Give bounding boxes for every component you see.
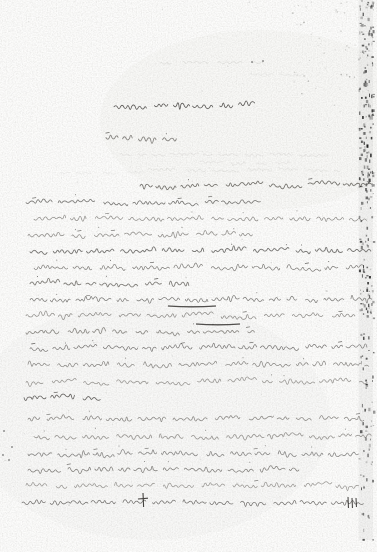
- edge-band-speck: [365, 51, 367, 52]
- edge-band-speck: [372, 376, 373, 379]
- edge-band-speck: [365, 241, 366, 243]
- edge-band-speck: [366, 137, 367, 139]
- paper-speck: [85, 268, 87, 270]
- paper-speck: [341, 190, 342, 191]
- paper-speck: [152, 81, 153, 82]
- paper-speck: [264, 315, 265, 316]
- paper-speck: [265, 90, 266, 91]
- handwriting-layer: [0, 0, 377, 552]
- edge-band-speck: [365, 97, 367, 99]
- edge-band-speck: [363, 265, 364, 268]
- edge-band-speck: [367, 454, 369, 458]
- edge-band-speck: [361, 487, 362, 490]
- paper-speck: [27, 202, 28, 203]
- edge-band-speck: [372, 109, 374, 112]
- edge-band-speck: [366, 190, 367, 192]
- paper-speck: [13, 486, 14, 487]
- edge-band-speck: [372, 171, 373, 174]
- edge-band-speck: [361, 154, 363, 156]
- paper-speck: [334, 49, 336, 51]
- edge-band-speck: [362, 116, 364, 119]
- dark-speck: [262, 60, 264, 62]
- edge-band-speck: [363, 367, 364, 370]
- paper-speck: [200, 459, 201, 460]
- edge-band-speck: [367, 287, 369, 290]
- paper-speck: [320, 77, 321, 78]
- edge-band-speck: [364, 166, 366, 169]
- paper-speck: [251, 436, 252, 437]
- edge-band-speck: [370, 171, 371, 174]
- paper-speck: [286, 350, 287, 351]
- paper-speck: [279, 167, 280, 168]
- corner-speck: [354, 45, 355, 46]
- edge-band-speck: [373, 318, 375, 320]
- edge-band-speck: [367, 84, 368, 86]
- edge-band-speck: [368, 336, 370, 339]
- paper-speck: [227, 66, 228, 67]
- edge-band-speck: [368, 517, 370, 518]
- corner-speck: [294, 72, 296, 74]
- edge-band-speck: [363, 132, 365, 135]
- ink-dot: [106, 276, 107, 277]
- edge-band-speck: [370, 155, 371, 157]
- ink-dot: [37, 276, 38, 277]
- edge-band-speck: [361, 24, 363, 27]
- edge-band-speck: [370, 189, 371, 192]
- edge-band-speck: [364, 25, 366, 26]
- paper-speck: [159, 111, 160, 112]
- edge-band-speck: [370, 439, 371, 441]
- edge-band-speck: [368, 198, 370, 201]
- edge-band-speck: [360, 356, 361, 358]
- paper-speck: [99, 358, 100, 359]
- paper-speck: [30, 117, 31, 118]
- paper-speck: [101, 486, 103, 488]
- edge-band-speck: [359, 157, 361, 160]
- corner-speck: [309, 60, 310, 61]
- corner-speck: [308, 80, 309, 81]
- paper-speck: [126, 186, 127, 187]
- dark-speck: [251, 61, 253, 63]
- edge-band-speck: [373, 193, 374, 194]
- edge-band-speck: [367, 315, 369, 318]
- edge-band-speck: [362, 404, 363, 407]
- edge-band-speck: [373, 411, 375, 414]
- paper-speck: [160, 484, 161, 485]
- paper-speck: [79, 526, 80, 527]
- paper-speck: [28, 510, 29, 511]
- edge-band-speck: [360, 241, 362, 243]
- paper-speck: [10, 99, 11, 100]
- paper-speck: [38, 294, 39, 295]
- edge-band-speck: [368, 151, 370, 153]
- paper-speck: [255, 242, 256, 243]
- paper-speck: [30, 494, 31, 495]
- edge-band-speck: [359, 216, 361, 219]
- edge-band-speck: [361, 361, 362, 363]
- edge-band-speck: [373, 352, 375, 353]
- dark-speck: [11, 446, 13, 448]
- paper-speck: [149, 104, 150, 105]
- paper-speck: [255, 7, 256, 8]
- ink-dot: [249, 462, 250, 463]
- ink-dot: [144, 461, 145, 462]
- paper-speck: [112, 424, 113, 425]
- edge-band-speck: [366, 426, 368, 428]
- edge-band-speck: [359, 458, 361, 459]
- corner-speck: [344, 12, 346, 14]
- paper-speck: [46, 539, 48, 541]
- edge-band-speck: [364, 126, 365, 128]
- edge-band-speck: [361, 202, 363, 205]
- corner-speck: [345, 49, 346, 50]
- paper-speck: [172, 355, 173, 356]
- edge-band-speck: [364, 409, 366, 412]
- edge-band-speck: [370, 6, 372, 9]
- edge-band-speck: [373, 94, 375, 95]
- paper-speck: [22, 294, 23, 295]
- edge-band-speck: [369, 291, 370, 292]
- ink-dot: [205, 430, 206, 431]
- edge-band-speck: [363, 337, 364, 340]
- paper-speck: [174, 289, 175, 290]
- paper-speck: [355, 169, 356, 170]
- edge-band-speck: [361, 246, 363, 249]
- paper-speck: [288, 201, 289, 202]
- edge-band-speck: [368, 294, 370, 296]
- edge-band-speck: [370, 131, 371, 133]
- edge-band-speck: [359, 186, 361, 188]
- edge-band-speck: [360, 8, 361, 11]
- paper-speck: [148, 430, 150, 432]
- edge-band-speck: [366, 358, 368, 360]
- edge-band-speck: [359, 177, 360, 180]
- paper-speck: [68, 410, 70, 412]
- paper-speck: [29, 530, 30, 531]
- edge-band-speck: [367, 4, 368, 5]
- ink-dot: [243, 357, 244, 358]
- paper-speck: [327, 125, 328, 126]
- edge-band-speck: [366, 307, 367, 310]
- dark-speck: [3, 430, 5, 432]
- ink-dot: [328, 261, 329, 262]
- edge-band-speck: [373, 241, 375, 243]
- paper-speck: [92, 89, 93, 90]
- edge-band-speck: [366, 116, 367, 117]
- edge-band-speck: [368, 104, 369, 108]
- edge-band-speck: [365, 431, 367, 432]
- ink-dot: [66, 449, 67, 450]
- edge-band-speck: [366, 461, 368, 463]
- edge-band-speck: [372, 402, 373, 403]
- corner-speck: [318, 38, 320, 40]
- edge-band-speck: [371, 216, 373, 218]
- edge-band-speck: [371, 115, 373, 117]
- edge-band-speck: [373, 41, 375, 42]
- corner-speck: [346, 45, 347, 46]
- paper-speck: [105, 392, 106, 393]
- paper-speck: [241, 239, 243, 241]
- corner-speck: [340, 74, 342, 76]
- paper-speck: [237, 502, 238, 503]
- edge-band-speck: [372, 462, 373, 463]
- paper-speck: [296, 532, 297, 533]
- edge-band-speck: [371, 426, 372, 427]
- paper-speck: [153, 37, 154, 38]
- paper-speck: [185, 277, 187, 279]
- paper-speck: [308, 114, 309, 115]
- paper-speck: [25, 366, 26, 367]
- ink-dot: [243, 212, 244, 213]
- ink-dot: [311, 447, 312, 448]
- paper-speck: [210, 489, 211, 490]
- paper-speck: [156, 366, 157, 367]
- edge-band-speck: [373, 3, 374, 7]
- paper-speck: [282, 16, 283, 17]
- edge-band-speck: [370, 127, 371, 129]
- edge-band-speck: [364, 259, 366, 261]
- paper-speck: [208, 167, 209, 168]
- paper-speck: [77, 181, 78, 182]
- dark-speck: [8, 459, 10, 461]
- edge-band-speck: [368, 43, 369, 45]
- corner-speck: [336, 9, 337, 10]
- corner-speck: [298, 5, 299, 6]
- paper-speck: [251, 185, 252, 186]
- paper-speck: [154, 447, 155, 448]
- edge-band-speck: [373, 30, 375, 33]
- edge-band-speck: [366, 183, 368, 186]
- ink-dot: [303, 358, 304, 359]
- paper-speck: [339, 111, 340, 112]
- ink-dot: [98, 227, 99, 228]
- edge-band-speck: [361, 207, 362, 210]
- edge-band-speck: [359, 137, 361, 139]
- paper-speck: [226, 360, 227, 361]
- paper-speck: [319, 320, 320, 321]
- edge-band-speck: [373, 539, 374, 541]
- edge-band-speck: [365, 387, 367, 388]
- ink-dot: [56, 294, 57, 295]
- paper-speck: [334, 105, 336, 107]
- edge-band-speck: [366, 144, 368, 147]
- edge-band-speck: [372, 380, 373, 382]
- edge-band-speck: [369, 94, 370, 98]
- paper-speck: [3, 534, 4, 535]
- paper-speck: [173, 211, 174, 212]
- paper-speck: [93, 189, 94, 190]
- edge-band-speck: [361, 97, 363, 99]
- corner-speck: [323, 52, 325, 54]
- edge-band-speck: [365, 158, 367, 161]
- edge-band-speck: [367, 64, 368, 66]
- ink-dot: [256, 292, 257, 293]
- ink-dot: [119, 446, 120, 447]
- paper-speck: [331, 245, 332, 246]
- paper-speck: [339, 89, 340, 90]
- paper-speck: [343, 22, 344, 23]
- ink-dot: [326, 291, 327, 292]
- scan-edge-band: [359, 0, 376, 541]
- edge-band-speck: [363, 303, 364, 305]
- edge-band-speck: [363, 475, 365, 477]
- paper-speck: [214, 494, 215, 495]
- edge-band-speck: [363, 450, 364, 451]
- corner-speck: [322, 63, 323, 64]
- edge-band-speck: [367, 227, 369, 230]
- paper-speck: [153, 173, 154, 174]
- paper-speck: [242, 83, 243, 84]
- edge-band-speck: [367, 245, 368, 248]
- paper-speck: [270, 262, 271, 263]
- edge-band-speck: [371, 312, 372, 314]
- edge-band-speck: [360, 430, 362, 433]
- corner-speck: [349, 76, 351, 78]
- edge-band-speck: [372, 27, 374, 29]
- edge-band-speck: [359, 89, 360, 92]
- paper-speck: [250, 502, 251, 503]
- edge-band-speck: [361, 220, 363, 221]
- edge-band-speck: [370, 269, 371, 270]
- corner-speck: [315, 88, 316, 89]
- edge-band-speck: [371, 285, 373, 287]
- edge-band-speck: [361, 141, 363, 143]
- paper-speck: [348, 430, 349, 431]
- edge-band-speck: [371, 137, 373, 140]
- paper-speck: [73, 82, 74, 83]
- paper-speck: [283, 219, 284, 220]
- corner-speck: [301, 93, 302, 94]
- ink-dot: [125, 358, 126, 359]
- edge-band-speck: [359, 5, 360, 7]
- ink-dot: [92, 340, 93, 341]
- edge-band-speck: [373, 96, 375, 98]
- edge-band-speck: [368, 172, 369, 175]
- dark-speck: [2, 454, 4, 456]
- edge-band-speck: [359, 147, 361, 149]
- paper-speck: [18, 159, 19, 160]
- paper-speck: [116, 400, 117, 401]
- edge-band-speck: [366, 7, 368, 9]
- paper-speck: [212, 80, 213, 81]
- corner-speck: [306, 7, 307, 8]
- edge-band-speck: [371, 33, 373, 34]
- edge-band-speck: [365, 277, 367, 278]
- edge-band-speck: [363, 178, 364, 181]
- edge-band-speck: [367, 55, 368, 57]
- paper-speck: [153, 240, 154, 241]
- paper-speck: [162, 9, 163, 10]
- paper-speck: [249, 1, 250, 2]
- edge-band-speck: [365, 70, 367, 73]
- ink-dot: [193, 323, 194, 324]
- edge-band-speck: [366, 478, 367, 481]
- edge-band-speck: [367, 155, 368, 158]
- paper-speck: [293, 96, 294, 97]
- corner-speck: [346, 1, 348, 3]
- edge-band-speck: [369, 449, 370, 451]
- edge-band-speck: [372, 63, 373, 66]
- paper-speck: [272, 350, 273, 351]
- edge-band-speck: [363, 149, 365, 152]
- edge-band-speck: [360, 309, 362, 311]
- paper-speck: [357, 302, 358, 303]
- corner-speck: [355, 14, 356, 15]
- paper-speck: [60, 247, 61, 248]
- edge-band-speck: [373, 425, 374, 426]
- corner-speck: [354, 77, 355, 78]
- scan-grain: [0, 0, 377, 552]
- edge-band-speck: [362, 174, 363, 176]
- paper-speck: [49, 322, 50, 323]
- paper-speck: [28, 21, 29, 22]
- edge-band-speck: [363, 539, 365, 541]
- edge-band-speck: [367, 310, 368, 313]
- edge-band-speck: [370, 105, 371, 108]
- ink-dot: [182, 227, 183, 228]
- edge-band-speck: [361, 308, 363, 311]
- edge-band-speck: [362, 356, 363, 357]
- corner-speck: [297, 24, 298, 25]
- paper-speck: [22, 361, 23, 362]
- corner-speck: [340, 2, 342, 4]
- corner-speck: [320, 43, 321, 44]
- edge-band-speck: [361, 0, 362, 1]
- edge-band-speck: [359, 31, 361, 34]
- paper-speck: [198, 211, 199, 212]
- paper-speck: [286, 438, 287, 439]
- paper-speck: [82, 165, 83, 166]
- edge-band-speck: [363, 422, 364, 425]
- ink-dot: [75, 194, 76, 195]
- paper-speck: [325, 290, 326, 291]
- edge-band-speck: [362, 34, 364, 35]
- paper-speck: [279, 496, 280, 497]
- paper-speck: [248, 245, 249, 246]
- paper-speck: [219, 106, 220, 107]
- paper-speck: [93, 342, 95, 344]
- paper-speck: [192, 181, 193, 182]
- edge-band-speck: [368, 408, 370, 411]
- edge-band-speck: [360, 474, 362, 476]
- ink-dot: [233, 228, 234, 229]
- ink-dot: [297, 210, 298, 211]
- edge-band-speck: [366, 152, 367, 154]
- ink-dot: [56, 260, 57, 261]
- paper-speck: [315, 175, 316, 176]
- paper-speck: [26, 251, 27, 252]
- edge-band-speck: [368, 238, 369, 241]
- edge-band-speck: [369, 160, 370, 163]
- paper-speck: [41, 377, 42, 378]
- edge-band-speck: [366, 79, 367, 80]
- edge-band-speck: [366, 235, 367, 237]
- paper-speck: [81, 212, 82, 213]
- paper-speck: [334, 24, 335, 25]
- edge-band-speck: [371, 56, 373, 58]
- paper-speck: [107, 325, 108, 326]
- edge-band-speck: [359, 270, 361, 273]
- edge-band-speck: [371, 95, 372, 99]
- paper-speck: [191, 267, 192, 268]
- edge-band-speck: [365, 46, 367, 48]
- corner-speck: [340, 31, 341, 32]
- edge-band-speck: [370, 27, 371, 30]
- paper-speck: [308, 295, 309, 296]
- edge-band-speck: [368, 32, 370, 35]
- edge-band-speck: [372, 480, 373, 483]
- paper-speck: [276, 195, 278, 197]
